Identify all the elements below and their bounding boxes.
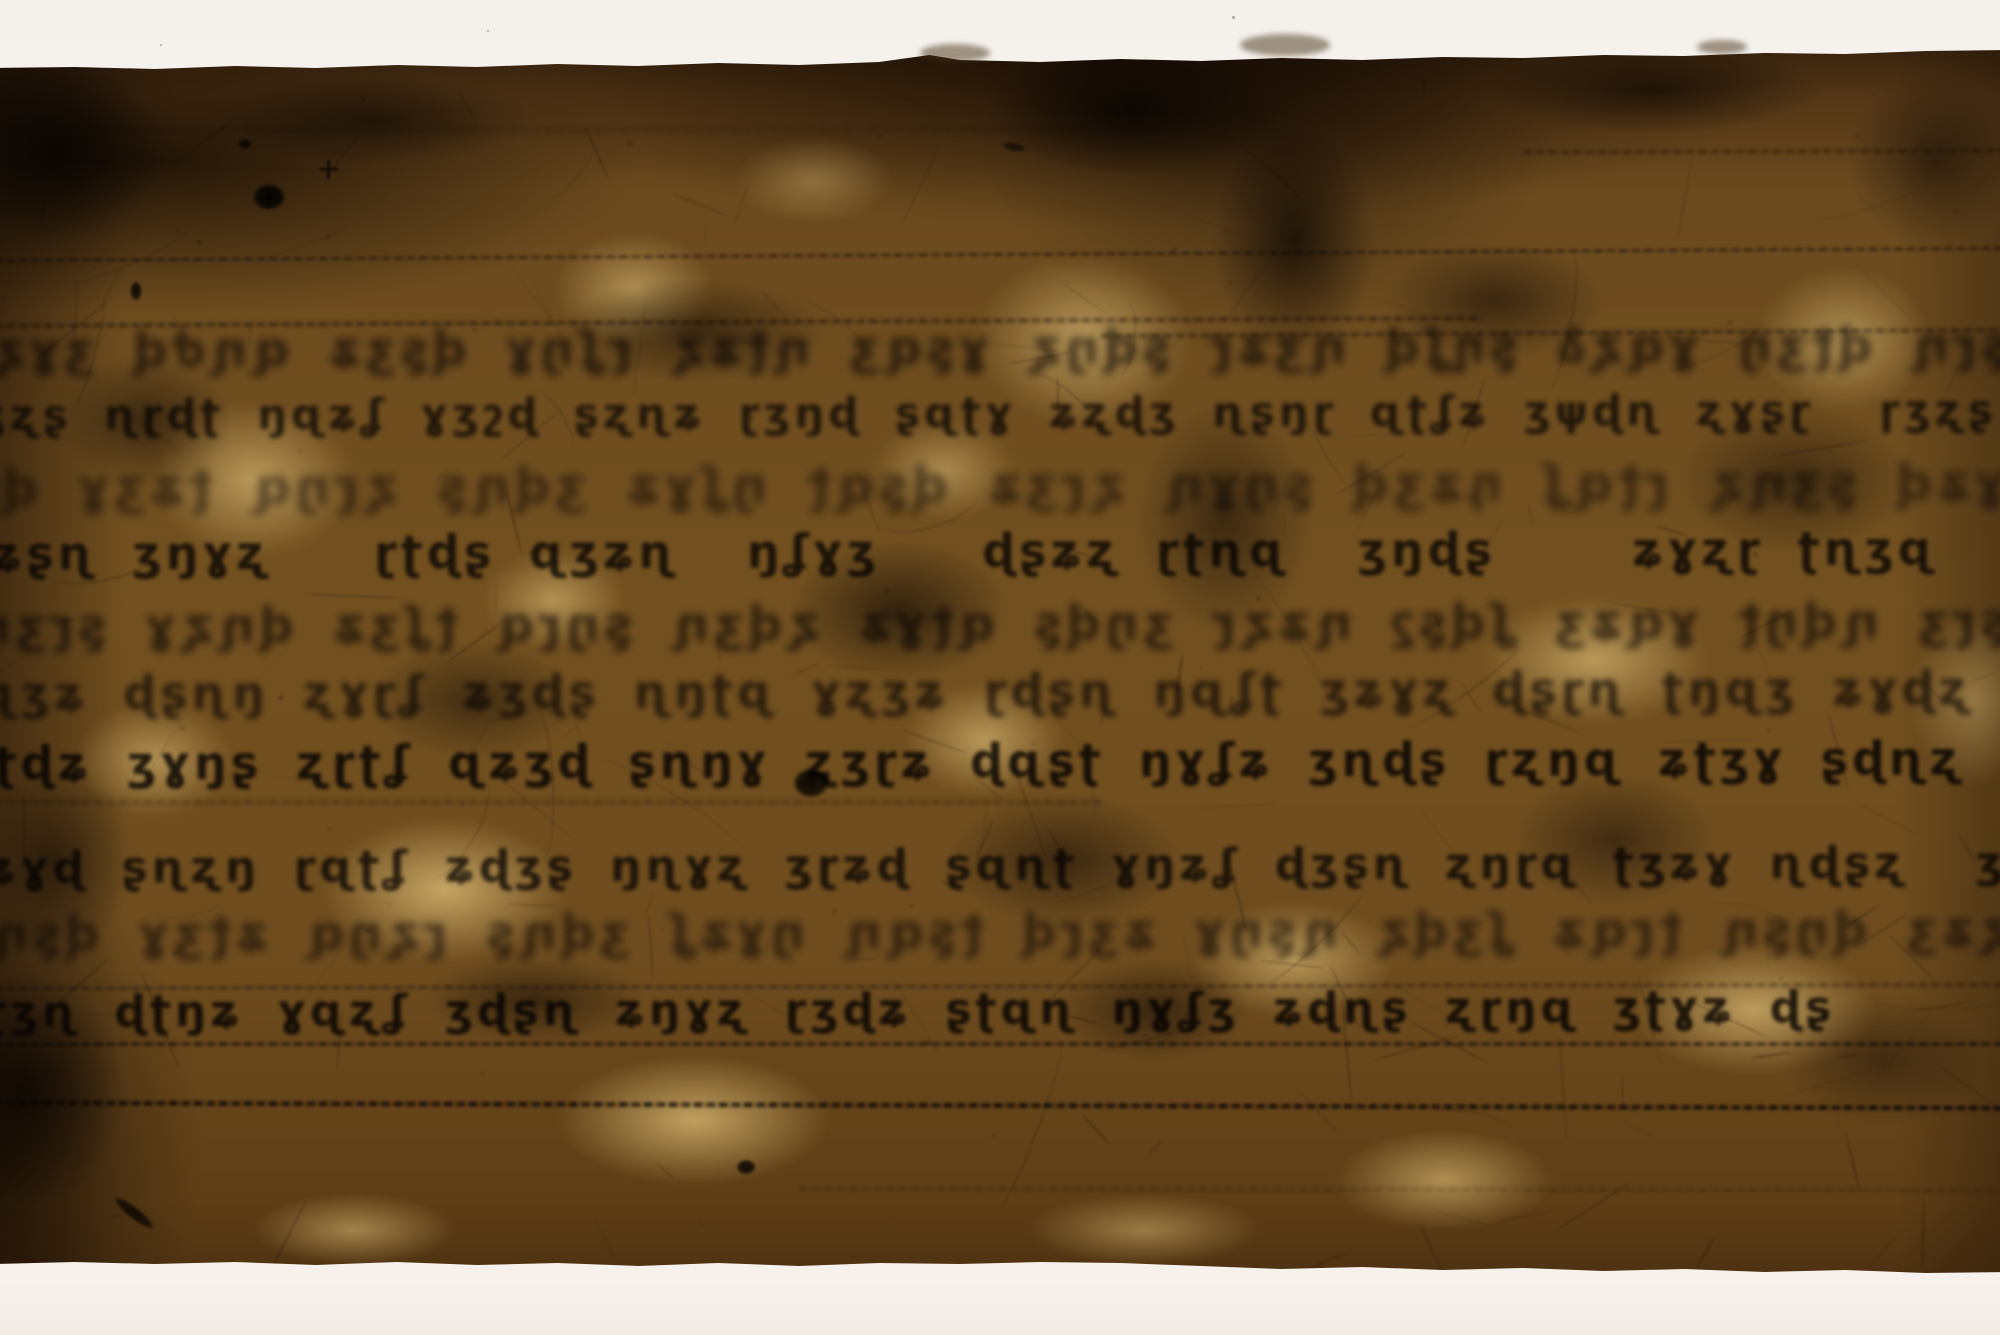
ink-blotch [733, 1157, 759, 1177]
script-row: ʑʂɽɳ ɖʈʒŋ ɣɋʐձ ʂղʆɖ ɳʒʑɽ ʂɖŋʐ ɣʂɋʒ ɳʈʑʐ … [0, 319, 2000, 377]
fleck [179, 726, 185, 732]
script-row: ɖʑʂɳ ʒŋɣʐ ɽʈɖʂ ɋʒʑɳ ŋʆɣʒ ɖʂʑʐ ɽʈɳɋ ʒŋɖʂ … [0, 523, 2000, 579]
dust-speck [487, 30, 489, 32]
script-row: ʂɽʒɳ ɖʈŋʑ ɣɋʐʆ ʒɖʂɳ ʑŋɣʐ ɽʒɖʑ ʂʈɋɳ ŋɣʆʒ … [0, 983, 2000, 1037]
fleck [298, 449, 302, 453]
ink-blotch [236, 137, 254, 151]
script-row: ŋɣʑɖ ʂʒɳʐ ɽʈɋʆ դʑʒɖ ʂŋɣɳ ʐɽʒʑ ɖʂɋʈ ŋʆɣʑ … [0, 455, 2000, 515]
fleck [1954, 210, 1958, 214]
fleck [326, 234, 332, 240]
shadow-stain [154, 60, 594, 180]
script-row: ɣʐʑʒ ɖŋʂɳ ʈɽɋʑ ʆʒɖʐ ɳʂŋɣ ʑʒɽɖ ʈʂɋɳ ŋɣʑʆ … [0, 903, 2000, 961]
script-row: ʐʂɽʒ ɳɖŋʈ ɣɋʑʒ ʆɖʂշ ɳʑʐɽ ʒŋɖʂ ɋʈɣʑ ʐɖʒɳ … [0, 595, 2000, 653]
fleck [196, 240, 201, 245]
edge-tuft [920, 44, 990, 62]
manuscript-leaf: ʑʂɽɳ ɖʈʒŋ ɣɋʐձ ʂղʆɖ ɳʒʑɽ ʂɖŋʐ ɣʂɋʒ ɳʈʑʐ … [0, 0, 2000, 1335]
fleck [1173, 247, 1176, 250]
fleck [93, 268, 95, 270]
script-row: ɼʒʐʂ ɳɽɖʈ ŋɋʑʆ ɣʒշɖ ʂʐɳʑ ɽʒŋɖ ʂɋʈɣ ʑʐɖʒ … [0, 387, 2000, 439]
ink-blotch [247, 179, 291, 215]
dust-speck [1232, 16, 1235, 19]
light-patch [1294, 1110, 1594, 1250]
ink-blotch [128, 278, 144, 304]
ruled-line [0, 800, 1101, 805]
edge-tuft [1697, 40, 1747, 54]
script-row: ɳʈɖʑ ʒɣŋʂ ʐɽʈʆ ɋʑʒɖ ʂɳŋɣ ʐʒɽʑ ɖɋʂʈ ŋɣʆʑ … [0, 733, 2000, 789]
ink-blotch [787, 763, 835, 803]
dust-speck [160, 44, 162, 46]
cross-mark: + [316, 152, 341, 187]
fleck [1872, 92, 1876, 96]
manuscript-photo: ʑʂɽɳ ɖʈʒŋ ɣɋʐձ ʂղʆɖ ɳʒʑɽ ʂɖŋʐ ɣʂɋʒ ɳʈʑʐ … [0, 0, 2000, 1335]
fleck [627, 141, 633, 147]
script-row: ʈɋʒʑ ɖʂɳŋ ʐɣɽʆ ʑʒɖʂ ɳŋʈɋ ɣʐʒʑ ɽɖʂɳ ŋɋʆʈ … [0, 663, 2000, 719]
edge-tuft [1240, 34, 1330, 56]
light-patch [704, 120, 924, 240]
script-row: ʒʑɣɖ ʂɳʐŋ ɽɋʈʆ ʑɖʒʂ ŋɳɣʐ ʒɽʑɖ ʂɋɳʈ ɣŋʑʆ … [0, 839, 2000, 893]
fleck [1143, 1034, 1146, 1037]
ruled-line [0, 1042, 2000, 1046]
fleck [884, 588, 889, 593]
